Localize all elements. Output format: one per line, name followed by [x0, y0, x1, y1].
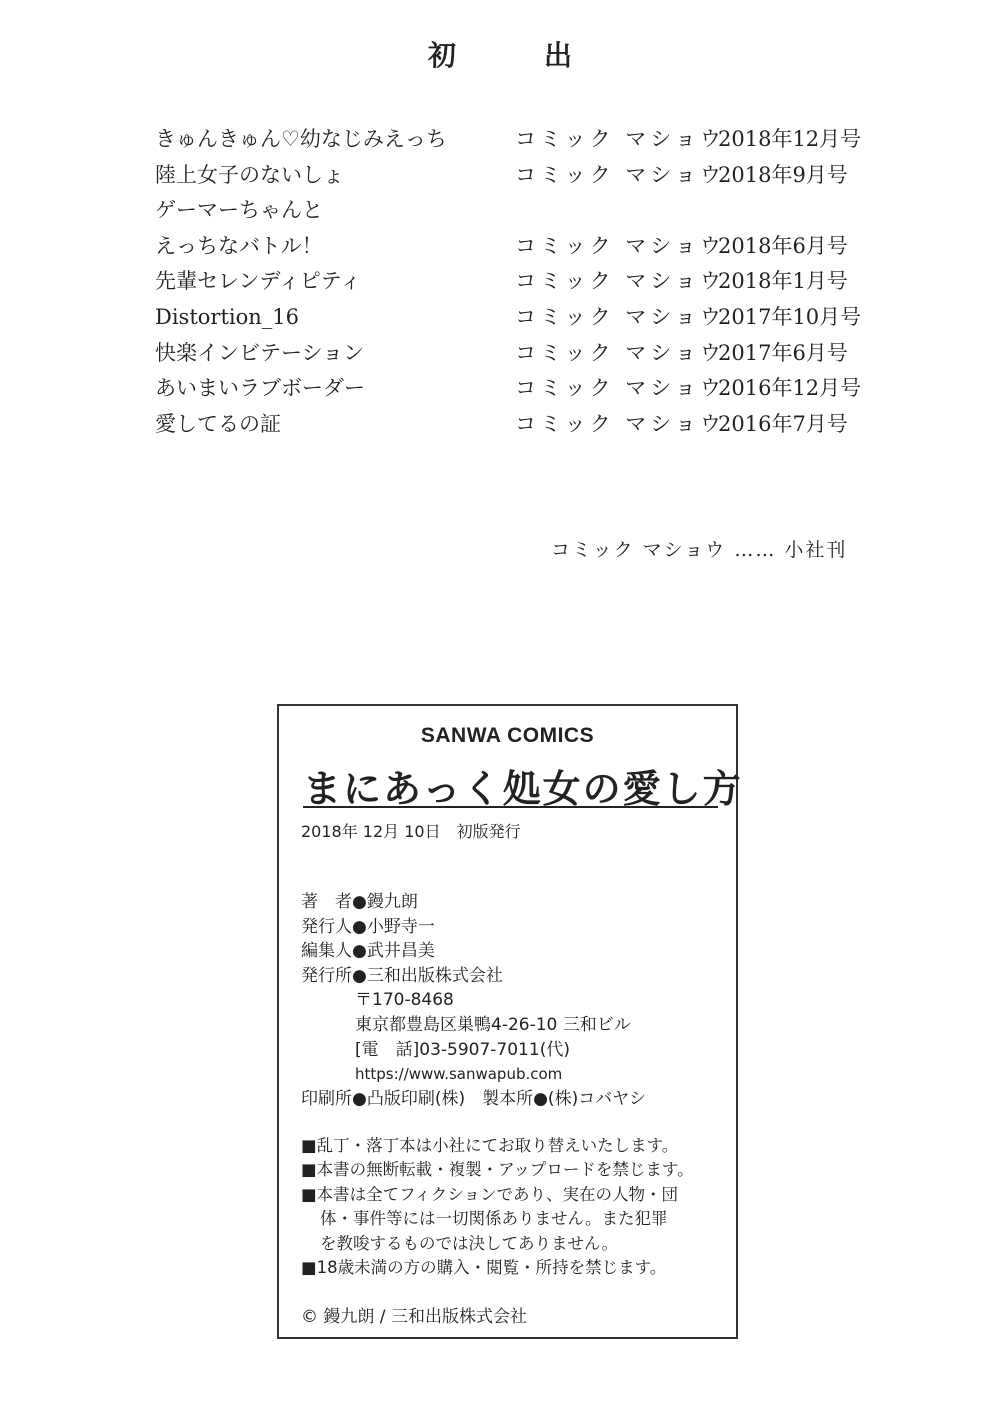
notice-item-continued: 体・事件等には一切関係ありません。また犯罪	[301, 1207, 694, 1231]
list-item: あいまいラブボーダー コミック マショウ 2016年12月号	[155, 371, 875, 407]
page-heading: 初 出	[0, 34, 1000, 74]
list-item: 愛してるの証 コミック マショウ 2016年7月号	[155, 407, 875, 443]
notice-item: ■本書の無断転載・複製・アップロードを禁じます。	[301, 1158, 694, 1182]
credits-block: 著 者●鏝九朗 発行人●小野寺一 編集人●武井昌美 発行所●三和出版株式会社 〒…	[301, 890, 646, 1111]
issue-date: 2017年10月号	[718, 300, 861, 336]
story-title: きゅんきゅん♡幼なじみえっち	[155, 122, 447, 158]
story-title: ゲーマーちゃんと	[155, 193, 323, 229]
magazine-name: コミック マショウ	[515, 407, 725, 443]
issue-date: 2016年7月号	[718, 407, 848, 443]
issue-date: 2018年1月号	[718, 264, 848, 300]
list-item: 陸上女子のないしょ コミック マショウ 2018年9月号	[155, 158, 875, 194]
magazine-name: コミック マショウ	[515, 229, 725, 265]
magazine-name: コミック マショウ	[515, 158, 725, 194]
list-item: ゲーマーちゃんと	[155, 193, 875, 229]
list-item: えっちなバトル！ コミック マショウ 2018年6月号	[155, 229, 875, 265]
copyright-line: © 鏝九朗 / 三和出版株式会社	[301, 1302, 527, 1327]
notice-item: ■本書は全てフィクションであり、実在の人物・団	[301, 1183, 694, 1207]
issue-date: 2018年6月号	[718, 229, 848, 265]
magazine-name: コミック マショウ	[515, 122, 725, 158]
story-title: 先輩セレンディピティ	[155, 264, 361, 300]
notice-item: ■乱丁・落丁本は小社にてお取り替えいたします。	[301, 1134, 694, 1158]
website-url: https://www.sanwapub.com	[301, 1062, 646, 1087]
street-address: 東京都豊島区巣鴨4-26-10 三和ビル	[301, 1013, 646, 1038]
publisher-person-line: 発行人●小野寺一	[301, 915, 646, 940]
list-item: Distortion_16 コミック マショウ 2017年10月号	[155, 300, 875, 336]
publisher-note: コミック マショウ …… 小社刊	[551, 535, 847, 562]
notice-item: ■18歳未満の方の購入・閲覧・所持を禁じます。	[301, 1256, 694, 1280]
story-title: えっちなバトル！	[155, 229, 323, 265]
magazine-name: コミック マショウ	[515, 336, 725, 372]
issue-date: 2018年9月号	[718, 158, 848, 194]
notice-item-continued: を教唆するものでは決してありません。	[301, 1232, 694, 1256]
story-title: 快楽インビテーション	[155, 336, 364, 372]
book-title: まにあっく処女の愛し方	[303, 758, 716, 813]
editor-line: 編集人●武井昌美	[301, 939, 646, 964]
author-line: 著 者●鏝九朗	[301, 890, 646, 915]
notices-block: ■乱丁・落丁本は小社にてお取り替えいたします。 ■本書の無断転載・複製・アップロ…	[301, 1134, 694, 1280]
magazine-name: コミック マショウ	[515, 264, 725, 300]
printing-line: 印刷所●凸版印刷(株) 製本所●(株)コバヤシ	[301, 1087, 646, 1112]
title-underline	[303, 806, 718, 808]
story-title: 陸上女子のないしょ	[155, 158, 344, 194]
publishing-company-line: 発行所●三和出版株式会社	[301, 964, 646, 989]
issue-date: 2016年12月号	[718, 371, 861, 407]
issue-date: 2018年12月号	[718, 122, 861, 158]
list-item: 先輩セレンディピティ コミック マショウ 2018年1月号	[155, 264, 875, 300]
issue-date: 2017年6月号	[718, 336, 848, 372]
story-title: Distortion_16	[155, 300, 299, 336]
magazine-name: コミック マショウ	[515, 371, 725, 407]
list-item: きゅんきゅん♡幼なじみえっち コミック マショウ 2018年12月号	[155, 122, 875, 158]
first-appearance-list: きゅんきゅん♡幼なじみえっち コミック マショウ 2018年12月号 陸上女子の…	[155, 122, 875, 442]
publication-date: 2018年 12月 10日 初版発行	[301, 819, 521, 842]
list-item: 快楽インビテーション コミック マショウ 2017年6月号	[155, 336, 875, 372]
postal-code: 〒170-8468	[301, 988, 646, 1013]
phone-number: [電 話]03-5907-7011(代)	[301, 1038, 646, 1063]
story-title: あいまいラブボーダー	[155, 371, 365, 407]
colophon-box: SANWA COMICS まにあっく処女の愛し方 2018年 12月 10日 初…	[277, 704, 738, 1339]
magazine-name: コミック マショウ	[515, 300, 725, 336]
series-name: SANWA COMICS	[279, 724, 736, 748]
story-title: 愛してるの証	[155, 407, 281, 443]
